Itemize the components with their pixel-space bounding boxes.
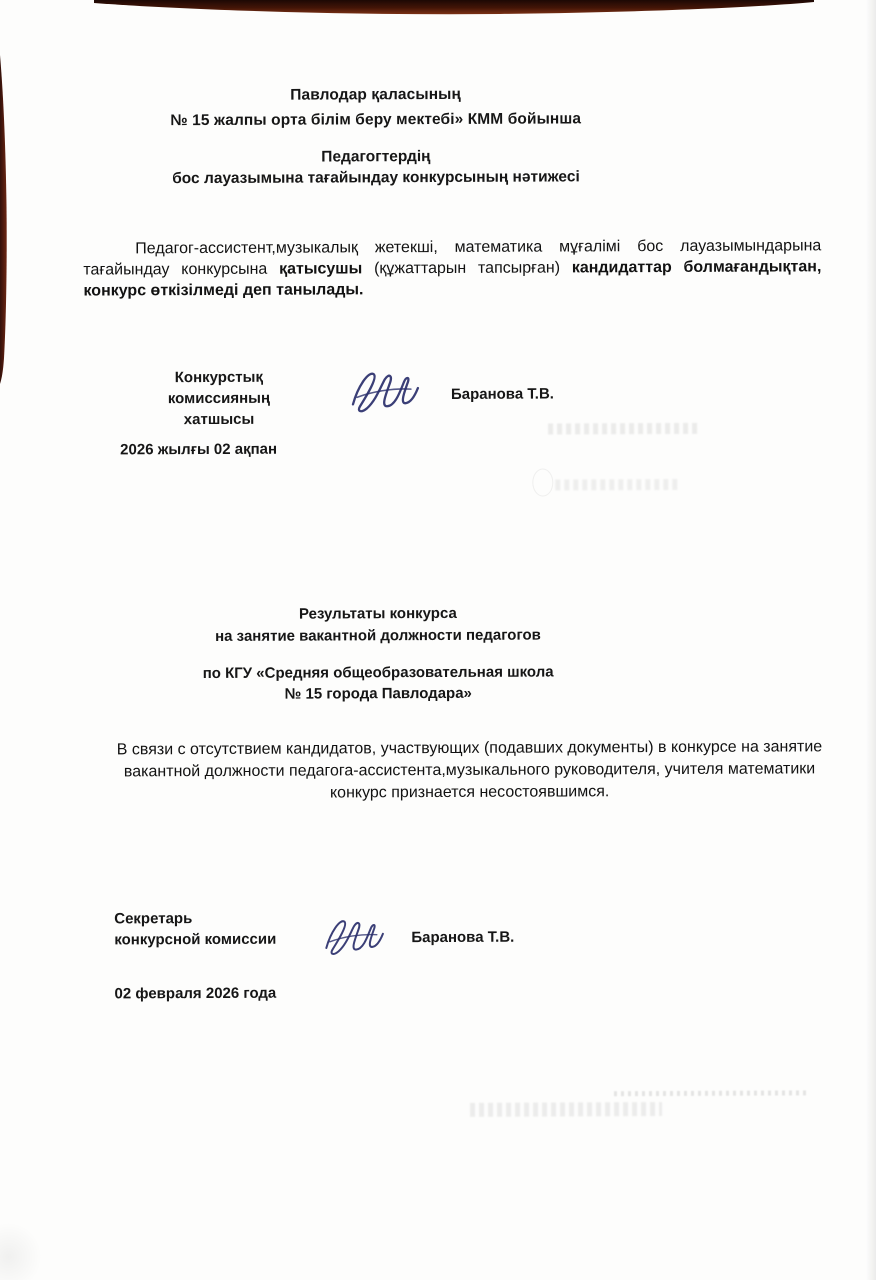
kk-title-line-1: Павлодар қаласының (0, 81, 754, 109)
kk-signatory-name: Баранова Т.В. (451, 385, 554, 402)
body-text-segment: (құжаттарын тапсырған) (362, 259, 572, 277)
ru-title: Результаты конкурса на занятие вакантной… (0, 602, 756, 649)
ru-org-line-2: № 15 города Павлодара» (0, 682, 756, 706)
body-text-segment: қатысушы (279, 260, 362, 277)
ru-signatory-role: Секретарь конкурсной комиссии (114, 908, 276, 951)
handwritten-signature-icon (345, 364, 423, 420)
ink-bleed-artifact (555, 479, 677, 491)
kk-title: Павлодар қаласының № 15 жалпы орта білім… (0, 81, 754, 134)
kk-subtitle: Педагогтердің бос лауазымына тағайындау … (0, 145, 754, 190)
handwritten-signature-icon (319, 912, 387, 962)
ru-title-line-2: на занятие вакантной должности педагогов (0, 624, 756, 649)
scanned-document-page: Павлодар қаласының № 15 жалпы орта білім… (0, 0, 876, 1280)
kk-signatory-role: Конкурстық комиссияның хатшысы (127, 367, 311, 431)
kk-subtitle-line-2: бос лауазымына тағайындау конкурсының нә… (0, 166, 754, 190)
ink-bleed-artifact (470, 1102, 662, 1117)
ru-role-line-2: конкурсной комиссии (114, 929, 276, 951)
kk-role-line-2: хатшысы (127, 409, 311, 431)
document-content: Павлодар қаласының № 15 жалпы орта білім… (0, 0, 876, 1280)
kk-title-line-2: № 15 жалпы орта білім беру мектебі» КММ … (0, 106, 754, 134)
ru-organization: по КГУ «Средняя общеобразовательная школ… (0, 661, 756, 706)
ru-signatory-name: Баранова Т.В. (411, 929, 514, 946)
ru-body-paragraph: В связи с отсутствием кандидатов, участв… (98, 736, 840, 805)
ink-bleed-artifact (548, 423, 698, 435)
ru-date: 02 февраля 2026 года (115, 985, 277, 1003)
kk-body-paragraph: Педагог-ассистент,музыкалық жетекші, мат… (83, 235, 821, 301)
ink-bleed-artifact (614, 1090, 810, 1096)
kk-role-line-1: Конкурстық комиссияның (127, 367, 311, 410)
ru-role-line-1: Секретарь (114, 908, 276, 930)
ink-bleed-artifact (532, 468, 553, 496)
kk-date: 2026 жылғы 02 ақпан (120, 441, 277, 459)
